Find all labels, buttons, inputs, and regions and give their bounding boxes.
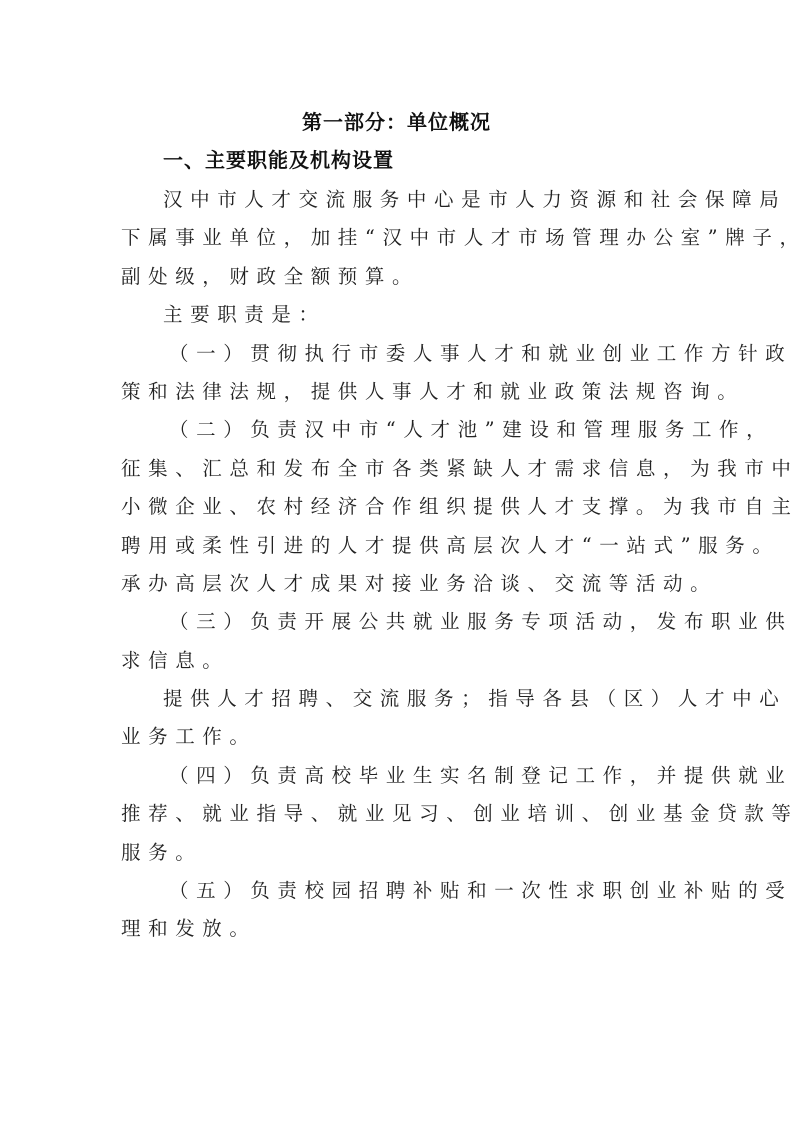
text-line: 策和法律法规，提供人事人才和就业政策法规咨询。 (121, 373, 669, 411)
section-heading: 一、主要职能及机构设置 (163, 146, 394, 174)
text-line: 主要职责是： (121, 296, 669, 334)
text-line: （三）负责开展公共就业服务专项活动，发布职业供 (121, 603, 669, 641)
text-line: 征集、汇总和发布全市各类紧缺人才需求信息，为我市中 (121, 450, 669, 488)
text-line: 副处级，财政全额预算。 (121, 258, 669, 296)
page-title: 第一部分：单位概况 (0, 108, 793, 136)
text-line: 聘用或柔性引进的人才提供高层次人才“一站式”服务。 (121, 527, 669, 565)
text-line: 理和发放。 (121, 910, 669, 948)
text-line: 服务。 (121, 834, 669, 872)
text-line: 汉中市人才交流服务中心是市人力资源和社会保障局 (121, 181, 669, 219)
body-text: 汉中市人才交流服务中心是市人力资源和社会保障局 下属事业单位，加挂“汉中市人才市… (121, 181, 669, 949)
text-line: 承办高层次人才成果对接业务洽谈、交流等活动。 (121, 565, 669, 603)
document-page: 第一部分：单位概况 一、主要职能及机构设置 汉中市人才交流服务中心是市人力资源和… (0, 0, 793, 1122)
text-line: （二）负责汉中市“人才池”建设和管理服务工作， (121, 411, 669, 449)
text-line: （一）贯彻执行市委人事人才和就业创业工作方针政 (121, 335, 669, 373)
text-line: 业务工作。 (121, 718, 669, 756)
text-line: （五）负责校园招聘补贴和一次性求职创业补贴的受 (121, 872, 669, 910)
text-line: 求信息。 (121, 642, 669, 680)
text-line: 下属事业单位，加挂“汉中市人才市场管理办公室”牌子， (121, 219, 669, 257)
text-line: 提供人才招聘、交流服务；指导各县（区）人才中心 (121, 680, 669, 718)
text-line: 小微企业、农村经济合作组织提供人才支撑。为我市自主 (121, 488, 669, 526)
text-line: 推荐、就业指导、就业见习、创业培训、创业基金贷款等 (121, 795, 669, 833)
text-line: （四）负责高校毕业生实名制登记工作，并提供就业 (121, 757, 669, 795)
